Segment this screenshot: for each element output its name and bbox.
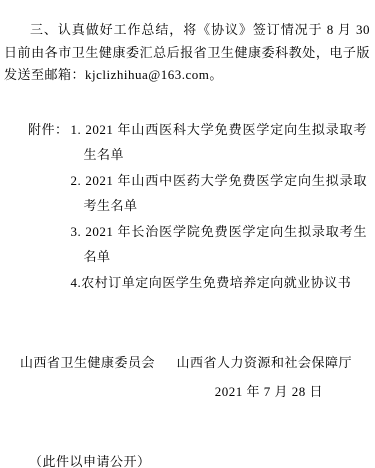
attachments-list: 1. 2021 年山西医科大学免费医学定向生拟录取考生名单 2. 2021 年山…: [71, 117, 367, 296]
closing-paragraph: 三、认真做好工作总结，将《协议》签订情况于 8 月 30 日前由各市卫生健康委汇…: [0, 13, 375, 87]
document-page: 三、认真做好工作总结，将《协议》签订情况于 8 月 30 日前由各市卫生健康委汇…: [0, 0, 375, 468]
attachment-item: 2. 2021 年山西中医药大学免费医学定向生拟录取考生名单: [71, 168, 367, 219]
attachments-block: 附件： 1. 2021 年山西医科大学免费医学定向生拟录取考生名单 2. 202…: [28, 117, 367, 296]
signature-date: 2021 年 7 月 28 日: [0, 381, 375, 403]
attachment-item: 1. 2021 年山西医科大学免费医学定向生拟录取考生名单: [71, 117, 367, 168]
signature-left-org: 山西省卫生健康委员会: [20, 352, 155, 374]
attachment-item: 4.农村订单定向医学生免费培养定向就业协议书: [71, 270, 367, 296]
signature-right-org: 山西省人力资源和社会保障厅: [176, 352, 352, 374]
signature-row: 山西省卫生健康委员会 山西省人力资源和社会保障厅: [20, 352, 352, 374]
closing-paragraph-period: 。: [209, 67, 223, 82]
disclosure-note: （此件以申请公开）: [29, 451, 375, 468]
attachment-item: 3. 2021 年长治医学院免费医学定向生拟录取考生名单: [71, 219, 367, 270]
attachments-label: 附件：: [28, 117, 69, 143]
email-address: kjclizhihua@163.com: [85, 67, 209, 82]
